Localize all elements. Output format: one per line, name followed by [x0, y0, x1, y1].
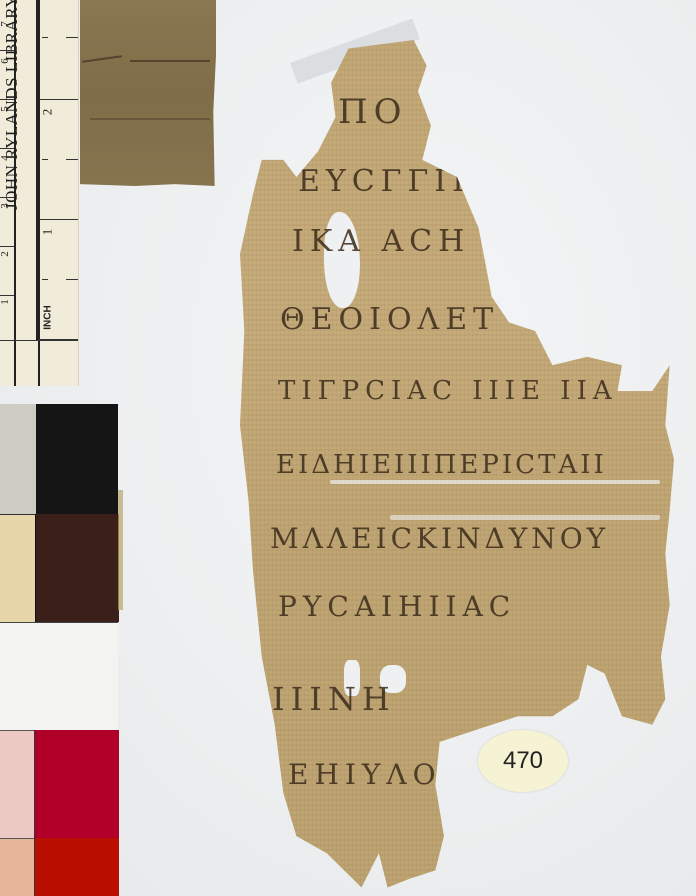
catalog-number: 470	[503, 747, 543, 775]
text-line-6: ΕΙΔΗΙΕΙΙΙΠΕΡΙCΤΑΙΙ	[276, 450, 607, 480]
inch-baseline	[36, 339, 78, 341]
cm-mark-7: 7	[0, 21, 11, 27]
ink-stroke	[130, 60, 210, 62]
ruler-tick	[0, 295, 14, 296]
text-line-10: ΕΗΙΥΛΟΙ	[288, 758, 459, 791]
swatch-peach	[0, 838, 34, 896]
papyrus-crack	[330, 480, 660, 484]
swatch-dark-brown	[35, 514, 119, 622]
ruler-tick	[0, 340, 38, 341]
swatch-light-pink	[0, 730, 34, 839]
ruler-tick	[0, 197, 14, 198]
text-line-3: ΙΚΑ ΑCΗ	[292, 224, 470, 259]
inch-tick	[42, 279, 48, 280]
ruler-tick	[0, 99, 14, 100]
inch-tick	[66, 159, 78, 160]
swatch-light-gray	[0, 404, 36, 514]
swatch-cream	[0, 514, 35, 623]
inch-tick	[66, 279, 78, 280]
ruler-tick	[0, 50, 14, 51]
cm-mark-2: 2	[0, 251, 11, 257]
swatch-black	[36, 404, 118, 514]
text-line-9: ΙΙΙΝΗ	[272, 680, 396, 718]
ruler-tick	[0, 246, 14, 247]
cm-mark-4: 4	[0, 155, 11, 161]
cm-mark-5: 5	[0, 106, 11, 112]
measurement-ruler: JOHN RYLANDS LIBRARY 7 6 5 4 3 2 1 2 1 I…	[0, 0, 78, 386]
inch-mark-2: 2	[39, 109, 55, 116]
catalog-number-label: 470	[478, 730, 568, 792]
text-line-7: ΜΛΛΕΙCΚΙΝΔΥΝΟΥ	[270, 522, 609, 555]
inch-scale-line	[36, 0, 38, 340]
cm-mark-6: 6	[0, 58, 11, 64]
ruler-tick	[0, 148, 14, 149]
inch-mark-1: 1	[39, 229, 55, 236]
secondary-papyrus-fragment	[80, 0, 216, 186]
tape-edge	[118, 490, 123, 610]
ink-stroke	[82, 55, 122, 63]
text-line-4: ΘΕΟΙΟΛΕΤ	[280, 302, 499, 337]
papyrus-crack	[390, 515, 660, 520]
inch-tick	[42, 37, 48, 38]
ink-stroke	[90, 118, 210, 120]
inch-unit-label: INCH	[43, 305, 54, 329]
inch-tick	[40, 99, 78, 100]
color-calibration-chart	[0, 404, 118, 896]
inch-tick	[42, 159, 48, 160]
swatch-red	[34, 838, 119, 896]
text-line-1: ΠΟ	[338, 92, 408, 132]
cm-mark-3: 3	[0, 203, 11, 209]
inch-tick	[66, 37, 78, 38]
swatch-crimson	[34, 730, 119, 838]
inch-tick	[40, 219, 78, 220]
text-line-8: ΡΥCΑΙΗΙΙΑC	[278, 590, 516, 623]
cm-mark-1: 1	[0, 299, 11, 305]
swatch-white	[0, 622, 118, 731]
text-line-5: ΤΙΓΡCΙΑC ΙΙΙΕ ΙΙΑ	[278, 376, 618, 406]
